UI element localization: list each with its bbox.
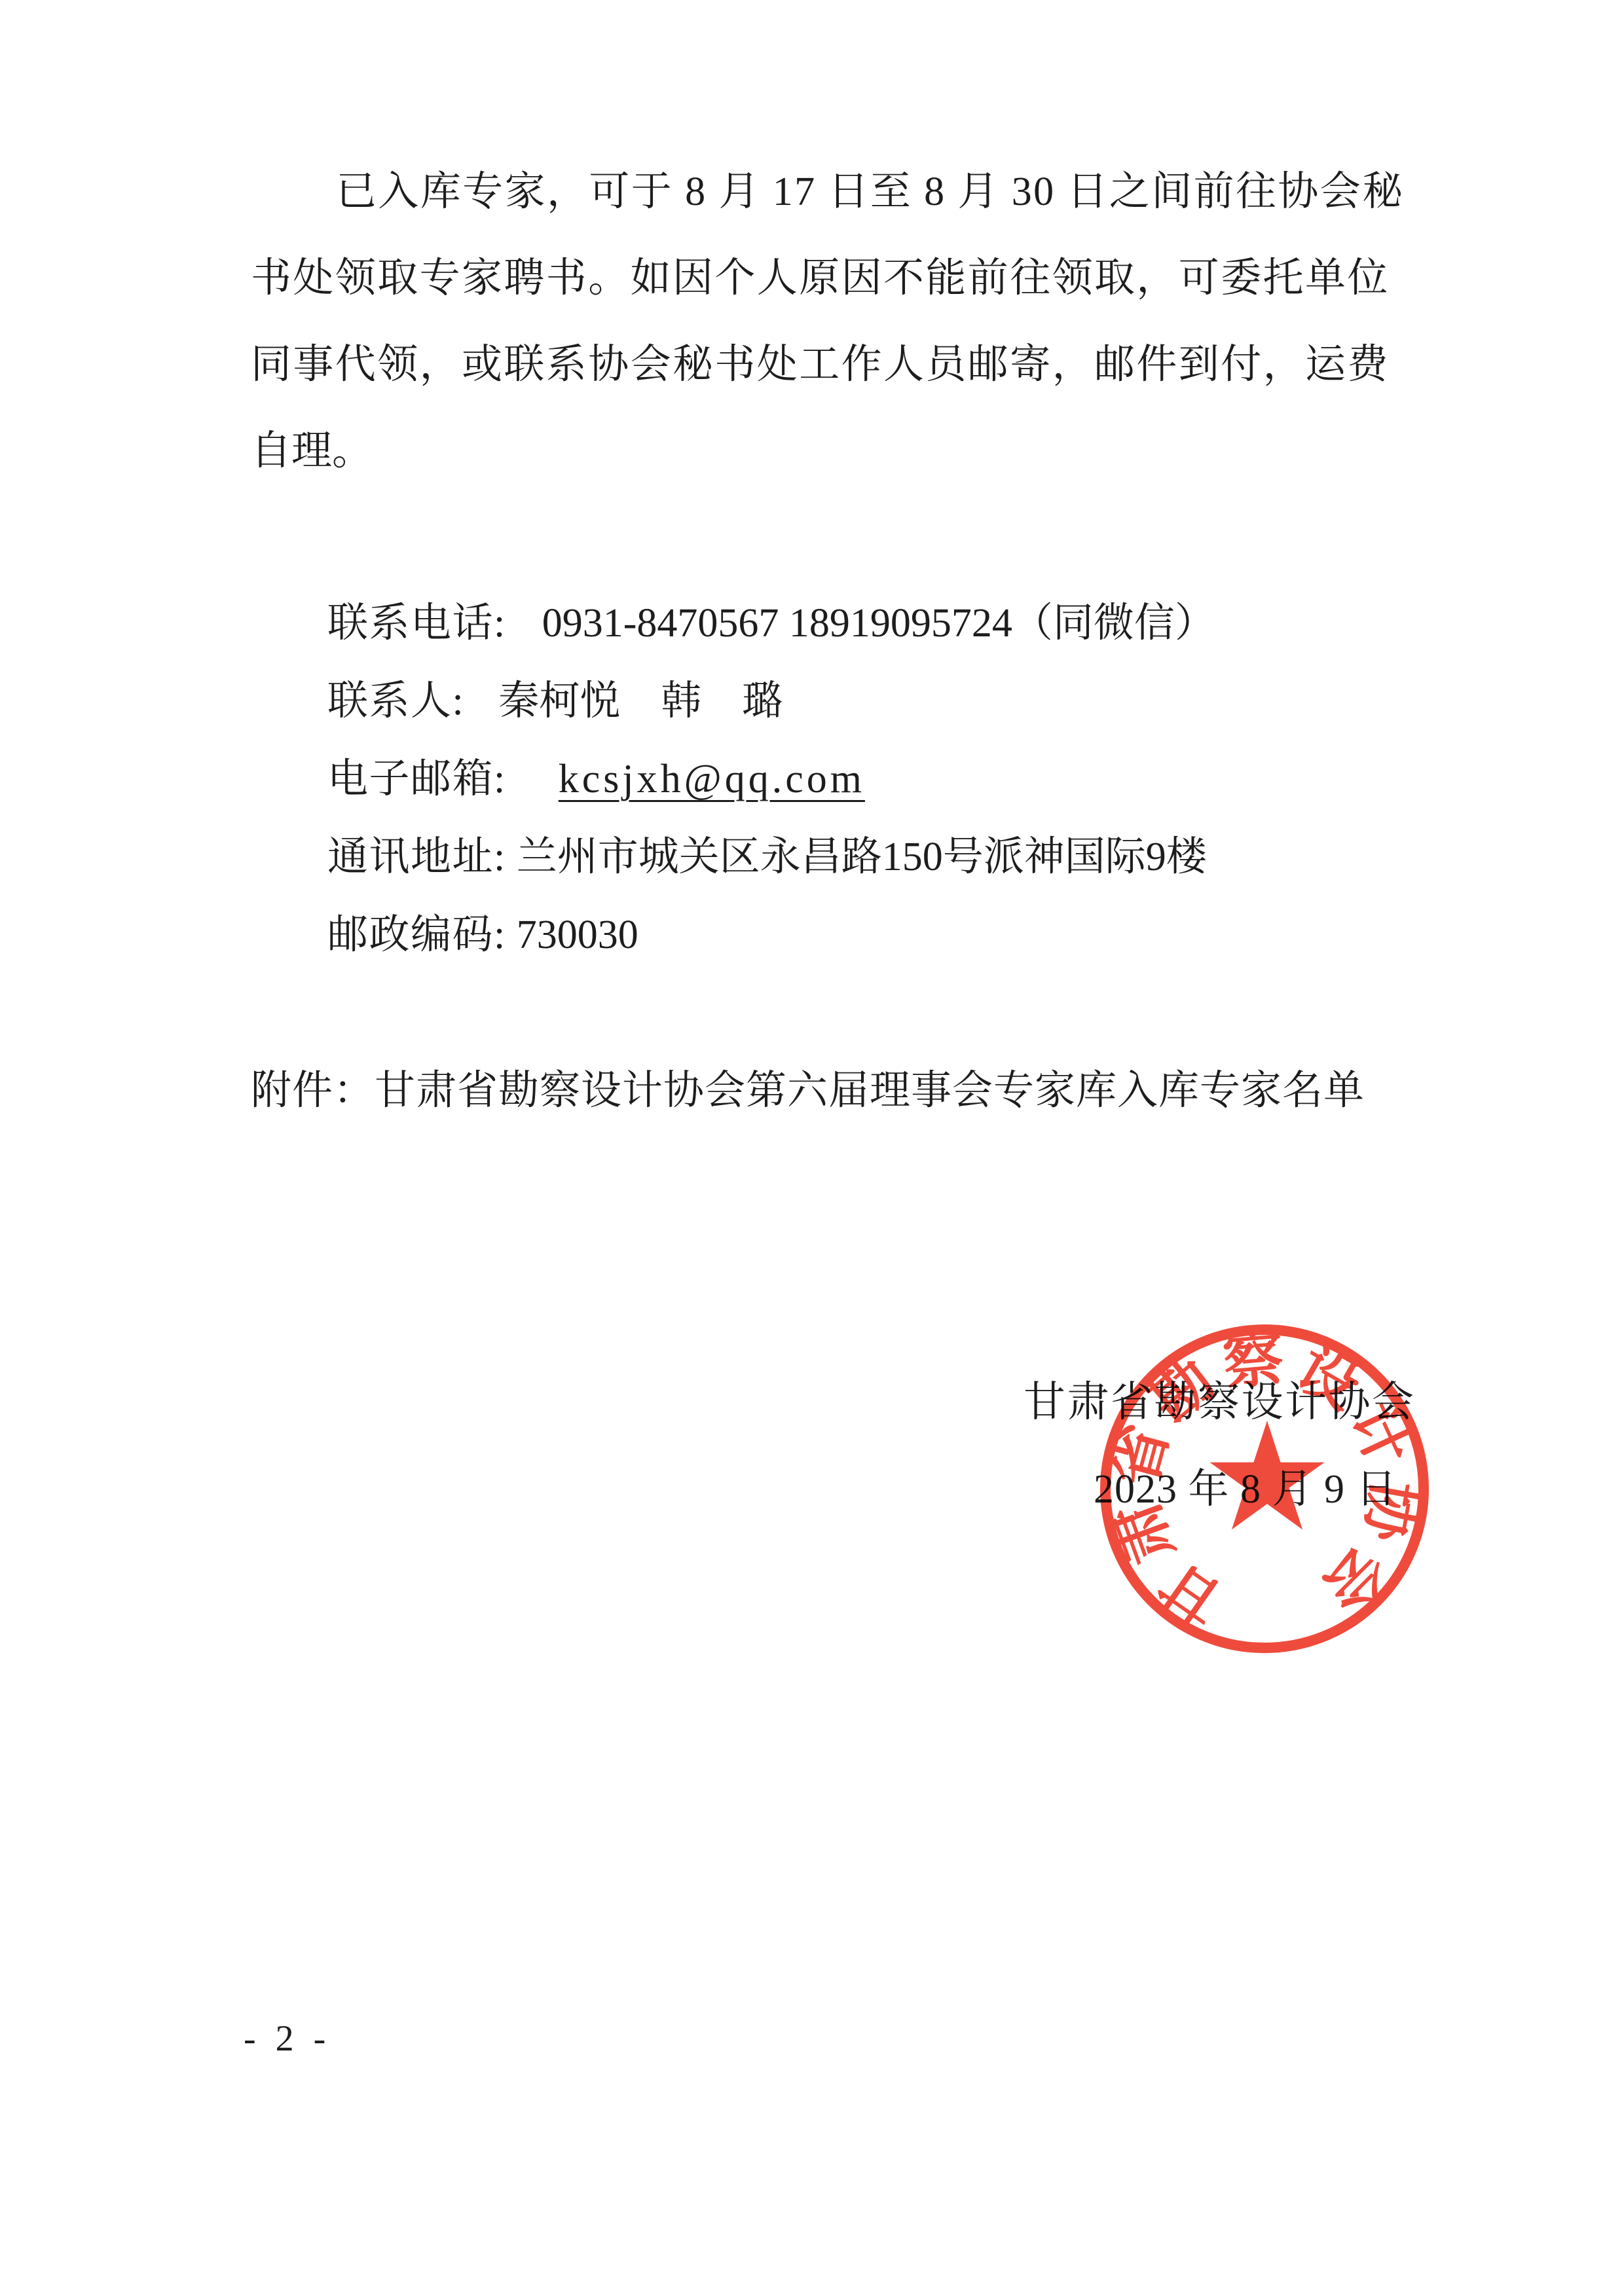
seal-char: 计	[1338, 1393, 1424, 1476]
body-paragraph: 已入库专家，可于 8 月 17 日至 8 月 30 日之间前往协会秘 书处领取专…	[251, 149, 1393, 494]
email-link[interactable]: kcsjxh@qq.com	[559, 740, 865, 818]
paragraph-line: 自理。	[251, 408, 1393, 494]
contact-address-value: 兰州市城关区永昌路150号派神国际9楼	[517, 818, 1207, 896]
contact-phone-label: 联系电话:	[327, 601, 506, 646]
paragraph-line: 同事代领，或联系协会秘书处工作人员邮寄，邮件到付，运费	[251, 321, 1393, 408]
paragraph-line: 书处领取专家聘书。如因个人原因不能前往领取，可委托单位	[251, 235, 1393, 321]
seal-char: 甘	[1147, 1549, 1235, 1638]
official-seal-stamp: 甘 肃 省 勘 察 设 计 协 会	[1094, 1319, 1435, 1659]
contact-info-block: 联系电话:0931-8470567 18919095724（同微信） 联系人:秦…	[327, 585, 1215, 974]
contact-email-line: 电子邮箱:kcsjxh@qq.com	[327, 740, 1215, 818]
contact-person-label: 联系人:	[327, 679, 464, 723]
seal-char: 会	[1310, 1535, 1400, 1624]
contact-address-line: 通讯地址:兰州市城关区永昌路150号派神国际9楼	[327, 818, 1215, 896]
contact-postcode-line: 邮政编码:730030	[327, 896, 1215, 974]
seal-char: 察	[1221, 1325, 1287, 1397]
paragraph-line: 已入库专家，可于 8 月 17 日至 8 月 30 日之间前往协会秘	[251, 149, 1393, 235]
seal-char: 肃	[1102, 1493, 1185, 1572]
seal-char: 协	[1352, 1476, 1429, 1548]
page-number: - 2 -	[244, 2018, 331, 2060]
seal-star-icon	[1210, 1421, 1325, 1529]
contact-postcode-label: 邮政编码:	[327, 913, 506, 957]
seal-char: 勘	[1137, 1345, 1227, 1435]
contact-phone-line: 联系电话:0931-8470567 18919095724（同微信）	[327, 585, 1215, 663]
contact-phone-value: 0931-8470567 18919095724（同微信）	[542, 585, 1215, 663]
seal-char: 设	[1286, 1334, 1372, 1421]
contact-person-value: 秦柯悦 韩 璐	[498, 663, 783, 740]
contact-email-label: 电子邮箱:	[327, 757, 506, 801]
contact-address-label: 通讯地址:	[327, 835, 506, 879]
attachment-line: 附件：甘肃省勘察设计协会第六届理事会专家库入库专家名单	[251, 1067, 1365, 1114]
contact-person-line: 联系人:秦柯悦 韩 璐	[327, 663, 1215, 740]
document-page: 已入库专家，可于 8 月 17 日至 8 月 30 日之间前往协会秘 书处领取专…	[0, 0, 1624, 2296]
seal-char: 省	[1101, 1418, 1181, 1493]
contact-postcode-value: 730030	[517, 896, 638, 974]
